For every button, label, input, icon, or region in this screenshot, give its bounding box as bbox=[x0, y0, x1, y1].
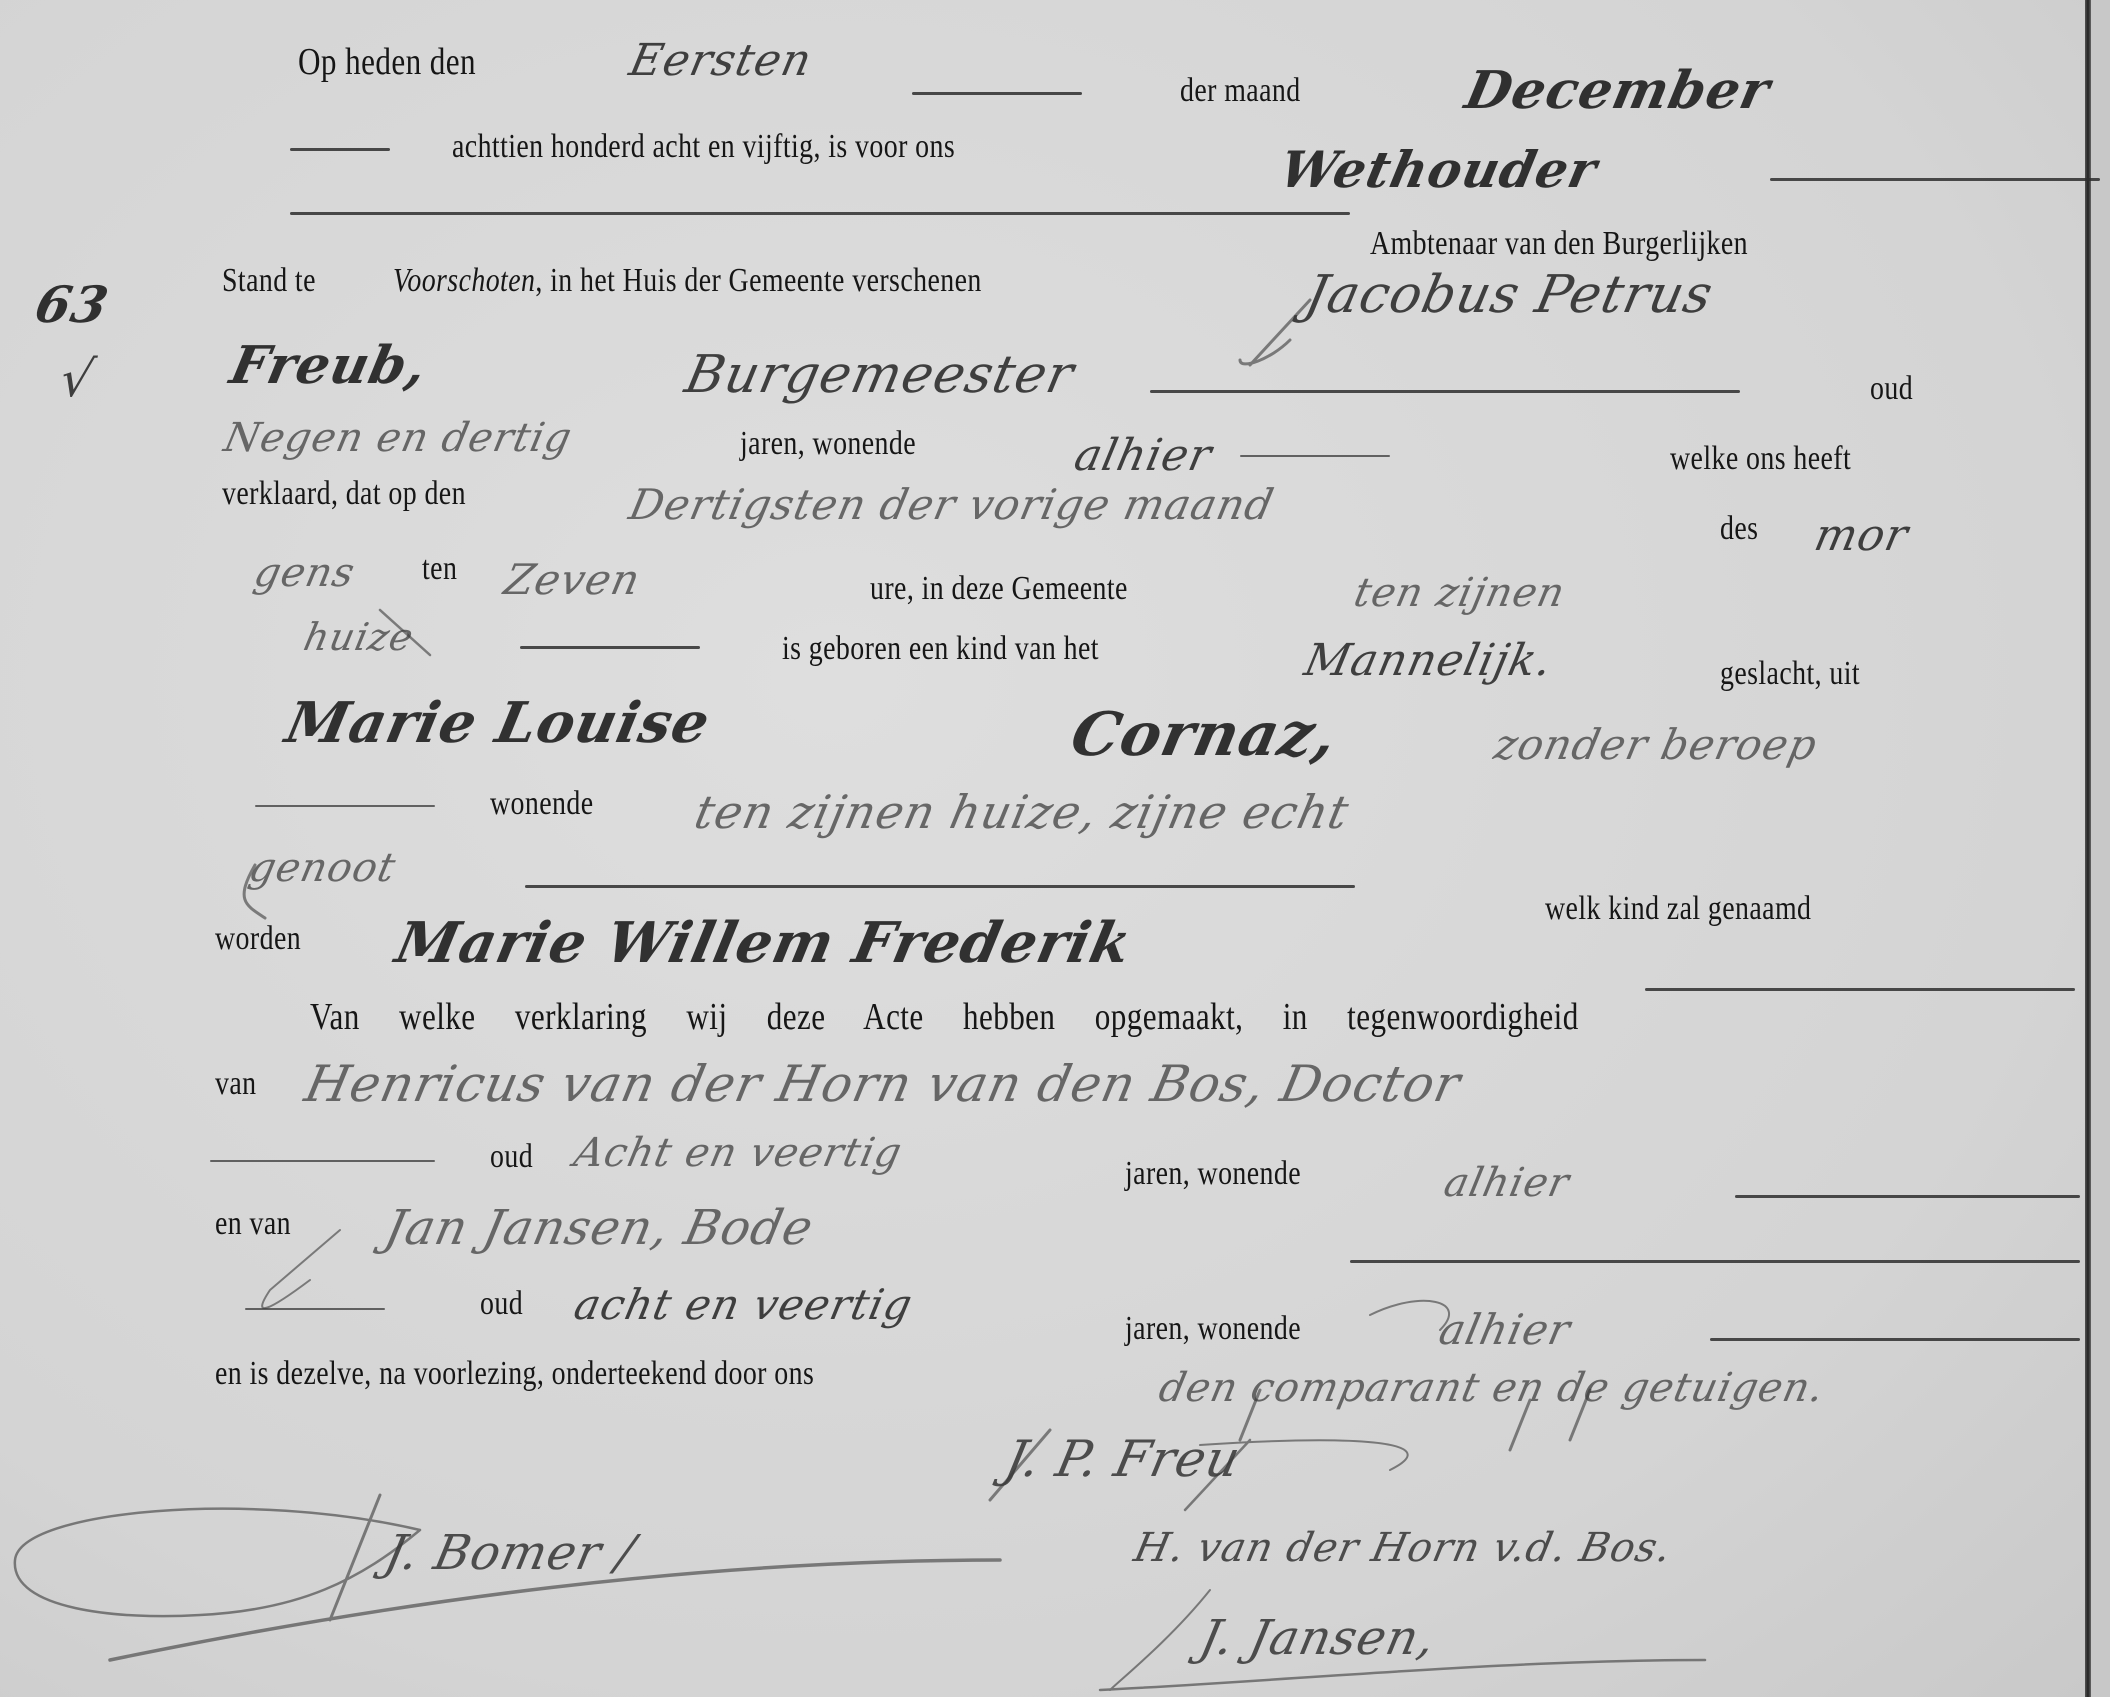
adjacent-page-edge bbox=[2091, 0, 2110, 1697]
blank-rule bbox=[290, 148, 390, 151]
hand-declarant-age: Negen en dertig bbox=[220, 415, 576, 461]
word: hebben bbox=[963, 996, 1055, 1038]
word: deze bbox=[767, 996, 826, 1038]
blank-rule bbox=[1735, 1195, 2080, 1198]
word: opgemaakt, bbox=[1095, 996, 1244, 1038]
printed-jaren-wonende-witness-1: jaren, wonende bbox=[1125, 1155, 1301, 1193]
printed-des: des bbox=[1720, 510, 1758, 548]
hand-day: Eersten bbox=[625, 35, 817, 86]
blank-rule bbox=[1240, 455, 1390, 457]
word: Acte bbox=[863, 996, 923, 1038]
blank-rule bbox=[290, 212, 1350, 215]
printed-en-van: en van bbox=[215, 1205, 291, 1243]
blank-rule bbox=[520, 646, 700, 649]
signature-witness-2: J. Jansen, bbox=[1195, 1610, 1441, 1666]
hand-witness-1: Henricus van der Horn van den Bos, Docto… bbox=[300, 1055, 1466, 1113]
hand-spouse-suffix: genoot bbox=[245, 845, 400, 891]
hand-signers: den comparant en de getuigen. bbox=[1155, 1365, 1829, 1411]
printed-oud: oud bbox=[1870, 370, 1913, 408]
printed-stand-te: Stand te bbox=[222, 262, 316, 300]
hand-time-of-day-part1: mor bbox=[1810, 510, 1913, 561]
word: Van bbox=[310, 996, 360, 1038]
printed-year-phrase: achttien honderd acht en vijftig, is voo… bbox=[452, 128, 955, 166]
hand-mother-residence: ten zijnen huize, zijne echt bbox=[690, 785, 1354, 839]
printed-oud-witness-1: oud bbox=[490, 1138, 533, 1176]
hand-declarant-residence: alhier bbox=[1070, 430, 1217, 481]
printed-ure-in-deze-gemeente: ure, in deze Gemeente bbox=[870, 570, 1128, 608]
blank-rule bbox=[210, 1160, 435, 1162]
blank-rule bbox=[1350, 1260, 2080, 1263]
printed-van: van bbox=[215, 1065, 256, 1103]
hand-witness-1-residence: alhier bbox=[1440, 1160, 1574, 1206]
printed-welke-ons-heeft: welke ons heeft bbox=[1670, 440, 1851, 478]
blank-rule bbox=[1710, 1338, 2080, 1341]
word: in bbox=[1283, 996, 1308, 1038]
printed-verklaard-dat: verklaard, dat op den bbox=[222, 475, 466, 513]
signature-witness-1: H. van der Horn v.d. Bos. bbox=[1130, 1525, 1676, 1571]
hand-birth-place-part1: ten zijnen bbox=[1350, 570, 1569, 616]
blank-rule bbox=[255, 805, 435, 807]
hand-declarant-occupation: Burgemeester bbox=[680, 345, 1079, 405]
blank-rule bbox=[245, 1308, 385, 1310]
margin-entry-number: 63 bbox=[30, 275, 114, 334]
hand-declarant-first-names: Jacobus Petrus bbox=[1300, 265, 1718, 325]
printed-jaren-wonende: jaren, wonende bbox=[740, 425, 916, 463]
hand-mother-surname: Cornaz, bbox=[1065, 700, 1344, 770]
word: tegenwoordigheid bbox=[1347, 996, 1579, 1038]
printed-place: Voorschoten bbox=[393, 262, 535, 299]
word: verklaring bbox=[515, 996, 647, 1038]
printed-der-maand: der maand bbox=[1180, 72, 1301, 110]
printed-jaren-wonende-witness-2: jaren, wonende bbox=[1125, 1310, 1301, 1348]
printed-is-geboren: is geboren een kind van het bbox=[782, 630, 1099, 668]
printed-op-heden-den: Op heden den bbox=[298, 40, 476, 84]
printed-ambtenaar: Ambtenaar van den Burgerlijken bbox=[1370, 225, 1748, 263]
printed-oud-witness-2: oud bbox=[480, 1285, 523, 1323]
printed-en-is-dezelve: en is dezelve, na voorlezing, onderteeke… bbox=[215, 1355, 814, 1393]
hand-birth-hour: Zeven bbox=[500, 555, 645, 604]
printed-wonende: wonende bbox=[490, 785, 594, 823]
blank-rule bbox=[912, 92, 1082, 95]
hand-witness-2: Jan Jansen, Bode bbox=[380, 1200, 818, 1256]
hand-mother-occupation: zonder beroep bbox=[1490, 720, 1822, 769]
hand-witness-2-age: acht en veertig bbox=[570, 1280, 917, 1329]
hand-declarant-surname: Freub, bbox=[225, 335, 433, 396]
blank-rule bbox=[1770, 178, 2100, 181]
hand-birth-date: Dertigsten der vorige maand bbox=[625, 480, 1279, 529]
hand-witness-1-age: Acht en veertig bbox=[570, 1130, 906, 1176]
word: wij bbox=[686, 996, 727, 1038]
blank-rule bbox=[1150, 390, 1740, 393]
blank-rule bbox=[525, 885, 1355, 888]
signature-official: J. Bomer / bbox=[380, 1525, 640, 1581]
printed-huis-der-gemeente: , in het Huis der Gemeente verschenen bbox=[535, 262, 981, 299]
hand-mother-first-names: Marie Louise bbox=[280, 690, 716, 756]
blank-rule bbox=[1645, 988, 2075, 991]
hand-sex: Mannelijk. bbox=[1300, 635, 1557, 686]
hand-child-name: Marie Willem Frederik bbox=[390, 910, 1138, 976]
printed-place-wrapper: Voorschoten, in het Huis der Gemeente ve… bbox=[393, 262, 982, 300]
word: welke bbox=[399, 996, 475, 1038]
hand-witness-2-residence: alhier bbox=[1435, 1305, 1575, 1354]
hand-month: December bbox=[1460, 60, 1776, 121]
hand-time-of-day-part2: gens bbox=[250, 550, 359, 596]
hand-official-title: Wethouder bbox=[1275, 140, 1603, 199]
printed-van-welke-verklaring: Van welke verklaring wij deze Acte hebbe… bbox=[310, 995, 1579, 1039]
printed-ten: ten bbox=[422, 550, 457, 588]
hand-birth-place-part2: huize bbox=[300, 615, 418, 659]
printed-welk-kind-zal-genaamd: welk kind zal genaamd bbox=[1545, 890, 1811, 928]
signature-declarant: J. P. Freu bbox=[1000, 1430, 1246, 1488]
printed-geslacht-uit: geslacht, uit bbox=[1720, 655, 1860, 693]
printed-worden: worden bbox=[215, 920, 301, 958]
